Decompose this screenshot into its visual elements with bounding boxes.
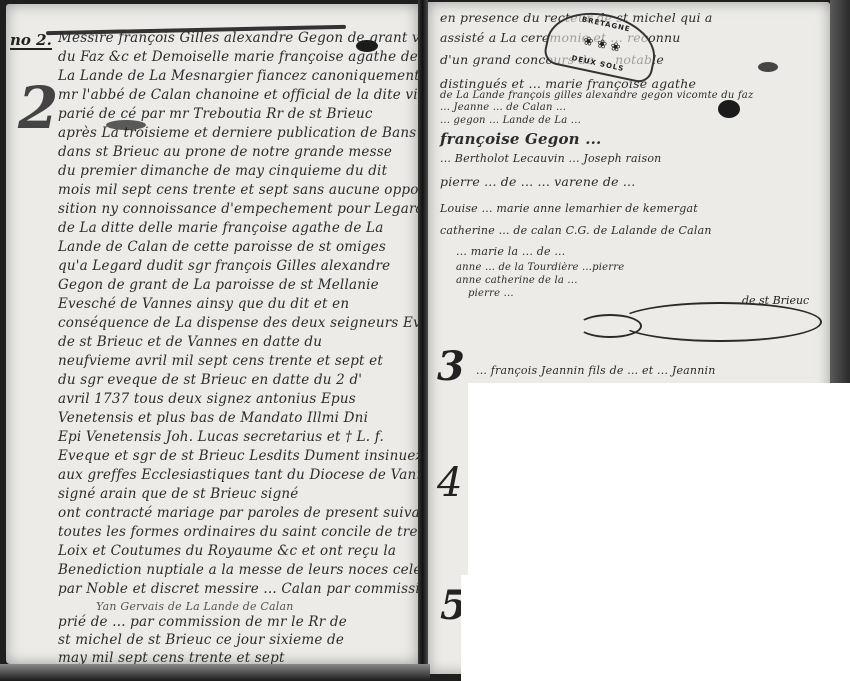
- text-line: Lande de Calan de cette paroisse de st o…: [6, 239, 418, 255]
- text-line: parié de cé par mr Treboutia Rr de st Br…: [6, 106, 418, 122]
- text-line: dans st Brieuc au prone de notre grande …: [6, 144, 418, 160]
- interlinear-note: Yan Gervais de La Lande de Calan: [6, 600, 418, 613]
- ink-blot: [106, 120, 146, 130]
- text-line: mois mil sept cens trente et sept sans a…: [6, 182, 418, 198]
- text-line: ... Jeanne ... de Calan ...: [428, 102, 830, 113]
- text-line: aux greffes Ecclesiastiques tant du Dioc…: [6, 467, 418, 483]
- text-line: ... gegon ... Lande de La ...: [428, 115, 830, 126]
- entry-number-3: 3: [437, 343, 465, 390]
- signature-line: Louise ... marie anne lemarhier de kemer…: [428, 202, 830, 215]
- blank-region: [461, 575, 469, 681]
- text-line: par Noble et discret messire ... Calan p…: [6, 581, 418, 597]
- text-line: Venetensis et plus bas de Mandato Illmi …: [6, 410, 418, 426]
- text-line: mr l'abbé de Calan chanoine et official …: [6, 87, 418, 103]
- text-line: La Lande de La Mesnargier fiancez canoni…: [6, 68, 418, 84]
- blank-region: [468, 383, 850, 681]
- page-edge: [0, 664, 430, 681]
- text-line: de La Lande françois gilles alexandre ge…: [428, 90, 830, 101]
- text-line: qu'a Legard dudit sgr françois Gilles al…: [6, 258, 418, 274]
- text-line: du premier dimanche de may cinquieme du …: [6, 163, 418, 179]
- text-line: Epi Venetensis Joh. Lucas secretarius et…: [6, 429, 418, 445]
- fleur-de-lis-icon: ❀ ❀ ❀: [582, 33, 622, 55]
- signature-line: ... Bertholot Lecauvin ... Joseph raison: [428, 152, 830, 165]
- signature-line: catherine ... de calan C.G. de Lalande d…: [428, 224, 830, 237]
- text-line: st michel de st Brieuc ce jour sixieme d…: [6, 632, 418, 648]
- book-gutter: [418, 0, 428, 681]
- signature-line: pierre ... de ... ... varene de ...: [428, 174, 830, 189]
- text-line: prié de ... par commission de mr le Rr d…: [6, 614, 418, 630]
- entry-number-4: 4: [437, 460, 462, 506]
- text-line: toutes les formes ordinaires du saint co…: [6, 524, 418, 540]
- register-scan: no 2. 2 Messire françois Gilles alexandr…: [0, 0, 850, 681]
- text-line: de st Brieuc et de Vannes en datte du: [6, 334, 418, 350]
- text-line: Benediction nuptiale a la messe de leurs…: [6, 562, 418, 578]
- text-line: sition ny connoissance d'empechement pou…: [6, 201, 418, 217]
- signature-line: anne catherine de la ...: [428, 275, 830, 286]
- text-line: du Faz &c et Demoiselle marie françoise …: [6, 49, 418, 65]
- signature-flourish: [578, 314, 642, 338]
- text-line: ont contracté mariage par paroles de pre…: [6, 505, 418, 521]
- signature-line: françoise Gegon ...: [428, 130, 830, 148]
- text-line: neufvieme avril mil sept cens trente et …: [6, 353, 418, 369]
- text-line: Gegon de grant de La paroisse de st Mell…: [6, 277, 418, 293]
- signature-line: anne ... de la Tourdière ...pierre: [428, 262, 830, 273]
- text-line: Loix et Coutumes du Royaume &c et ont re…: [6, 543, 418, 559]
- text-line: de La ditte delle marie françoise agathe…: [6, 220, 418, 236]
- left-page: no 2. 2 Messire françois Gilles alexandr…: [6, 4, 418, 664]
- signature-flourish: [618, 302, 822, 342]
- text-line: Eveque et sgr de st Brieuc Lesdits Dumen…: [6, 448, 418, 464]
- text-line: signé arain que de st Brieuc signé: [6, 486, 418, 502]
- ink-blot: [356, 40, 378, 52]
- text-line: avril 1737 tous deux signez antonius Epu…: [6, 391, 418, 407]
- text-line: conséquence de La dispense des deux seig…: [6, 315, 418, 331]
- text-line: après La troisieme et derniere publicati…: [6, 125, 418, 141]
- entry-3-text: ... françois Jeannin fils de ... et ... …: [428, 364, 830, 377]
- text-line: du sgr eveque de st Brieuc en datte du 2…: [6, 372, 418, 388]
- text-line: Evesché de Vannes ainsy que du dit et en: [6, 296, 418, 312]
- signature-line: ... marie la ... de ...: [428, 245, 830, 258]
- ink-blot: [758, 62, 778, 72]
- ink-blot: [718, 100, 740, 118]
